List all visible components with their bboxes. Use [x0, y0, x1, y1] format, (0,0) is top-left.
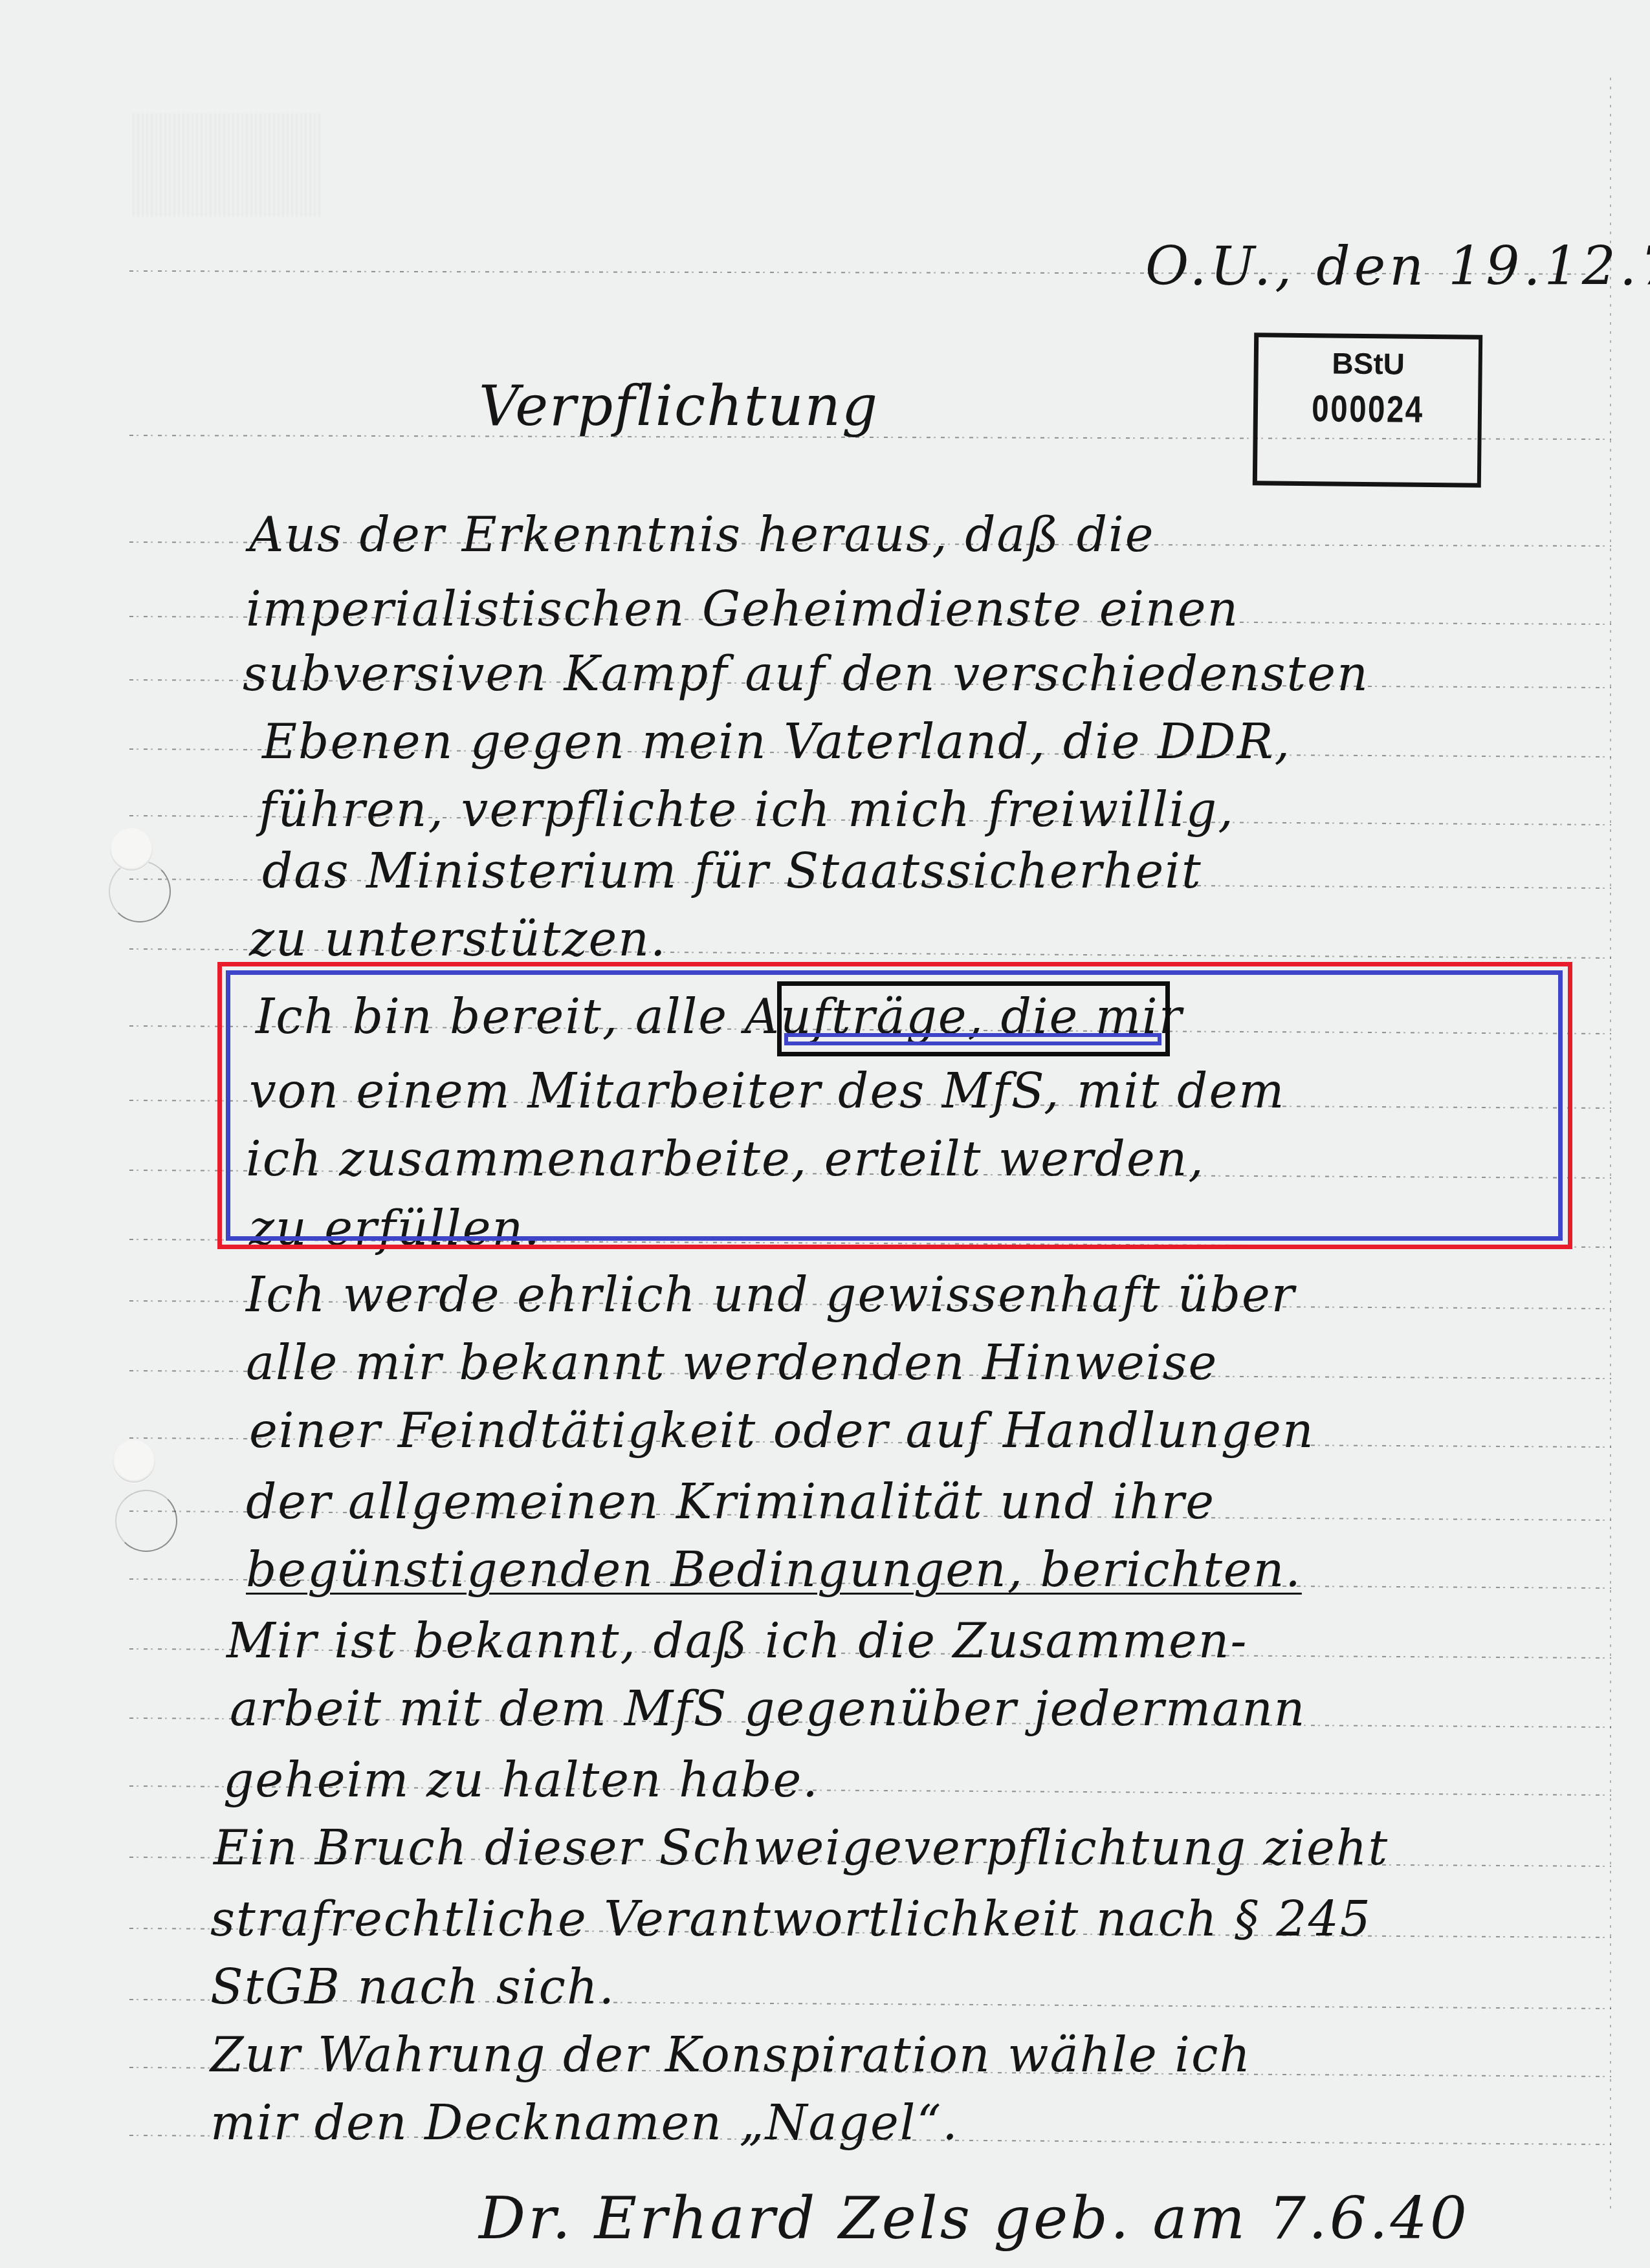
text-line: begünstigenden Bedingungen, berichten. [246, 1546, 1302, 1594]
punch-hole [110, 828, 153, 871]
text-line: arbeit mit dem MfS gegenüber jedermann [230, 1685, 1306, 1733]
punch-hole-shadow [115, 1490, 177, 1552]
right-margin-line [1610, 78, 1611, 2212]
text-line: Mir ist bekannt, daß ich die Zusammen- [226, 1617, 1248, 1665]
text-line: alle mir bekannt werdenden Hinweise [246, 1339, 1218, 1387]
text-line: führen, verpflichte ich mich freiwillig, [259, 786, 1235, 834]
text-line: zu unterstützen. [249, 915, 666, 963]
document-title: Verpflichtung [479, 378, 879, 434]
text-line: StGB nach sich. [210, 1963, 615, 2011]
annotation-phrase-underline [784, 1033, 1161, 1045]
text-line: Ebenen gegen mein Vaterland, die DDR, [262, 718, 1291, 766]
archive-stamp: BStU 000024 [1253, 333, 1482, 488]
text-line: Aus der Erkenntnis heraus, daß die [249, 511, 1154, 559]
text-line: einer Feindtätigkeit oder auf Handlungen [249, 1407, 1315, 1455]
text-line: Zur Wahrung der Konspiration wähle ich [210, 2031, 1251, 2079]
text-line: mir den Decknamen „Nagel“. [210, 2099, 959, 2147]
text-line: imperialistischen Geheimdienste einen [246, 585, 1239, 633]
text-line: Ich werde ehrlich und gewissenhaft über [246, 1271, 1295, 1319]
stamp-number: 000024 [1277, 387, 1458, 432]
text-line: strafrechtliche Verantwortlichkeit nach … [210, 1895, 1372, 1943]
text-line: geheim zu halten habe. [223, 1756, 819, 1804]
signature: Dr. Erhard Zels geb. am 7.6.40 [479, 2190, 1469, 2248]
scanned-document-page: O.U., den 19.12.72 Verpflichtung BStU 00… [0, 0, 1650, 2268]
text-line: der allgemeinen Kriminalität und ihre [246, 1478, 1215, 1526]
punch-hole [113, 1440, 155, 1483]
text-line: das Ministerium für Staatssicherheit [262, 847, 1202, 895]
place-date: O.U., den 19.12.72 [1145, 241, 1650, 294]
punch-hole-shadow [109, 860, 171, 922]
scan-smudge [133, 113, 320, 217]
text-line: subversiven Kampf auf den verschiedenste… [243, 650, 1369, 698]
text-line: Ein Bruch dieser Schweigeverpflichtung z… [214, 1824, 1389, 1872]
stamp-label: BStU [1258, 345, 1479, 382]
